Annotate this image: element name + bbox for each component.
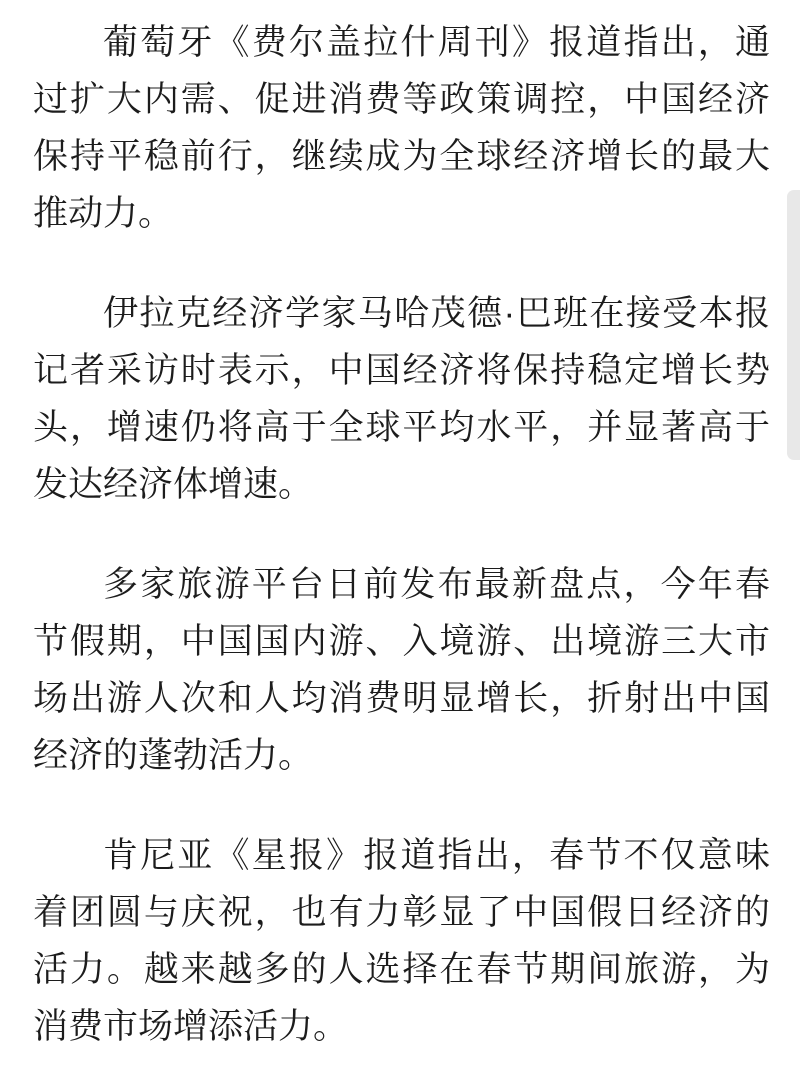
article-paragraph: 肯尼亚《星报》报道指出，春节不仅意味 着团圆与庆祝，也有力彰显了中国假日经济的 …	[33, 827, 770, 1055]
article-paragraph: 多家旅游平台日前发布最新盘点，今年春 节假期，中国国内游、入境游、出境游三大市 …	[33, 556, 770, 784]
paragraph-line: 头，增速仍将高于全球平均水平，并显著高于	[33, 399, 770, 456]
paragraph-line: 推动力。	[33, 185, 770, 242]
paragraph-line: 活力。越来越多的人选择在春节期间旅游，为	[33, 941, 770, 998]
paragraph-line: 记者采访时表示，中国经济将保持稳定增长势	[33, 342, 770, 399]
paragraph-line: 葡萄牙《费尔盖拉什周刊》报道指出，通	[33, 14, 770, 71]
article-paragraph: 葡萄牙《费尔盖拉什周刊》报道指出，通 过扩大内需、促进消费等政策调控，中国经济 …	[33, 14, 770, 242]
paragraph-line: 发达经济体增速。	[33, 456, 770, 513]
paragraph-line: 节假期，中国国内游、入境游、出境游三大市	[33, 613, 770, 670]
scrollbar-thumb[interactable]	[787, 190, 800, 460]
article-body: 葡萄牙《费尔盖拉什周刊》报道指出，通 过扩大内需、促进消费等政策调控，中国经济 …	[0, 0, 800, 1055]
paragraph-line: 着团圆与庆祝，也有力彰显了中国假日经济的	[33, 884, 770, 941]
paragraph-line: 多家旅游平台日前发布最新盘点，今年春	[33, 556, 770, 613]
paragraph-line: 保持平稳前行，继续成为全球经济增长的最大	[33, 128, 770, 185]
paragraph-line: 伊拉克经济学家马哈茂德·巴班在接受本报	[33, 285, 770, 342]
paragraph-line: 肯尼亚《星报》报道指出，春节不仅意味	[33, 827, 770, 884]
article-paragraph: 伊拉克经济学家马哈茂德·巴班在接受本报 记者采访时表示，中国经济将保持稳定增长势…	[33, 285, 770, 513]
paragraph-line: 过扩大内需、促进消费等政策调控，中国经济	[33, 71, 770, 128]
paragraph-line: 消费市场增添活力。	[33, 998, 770, 1055]
paragraph-line: 经济的蓬勃活力。	[33, 727, 770, 784]
paragraph-line: 场出游人次和人均消费明显增长，折射出中国	[33, 670, 770, 727]
